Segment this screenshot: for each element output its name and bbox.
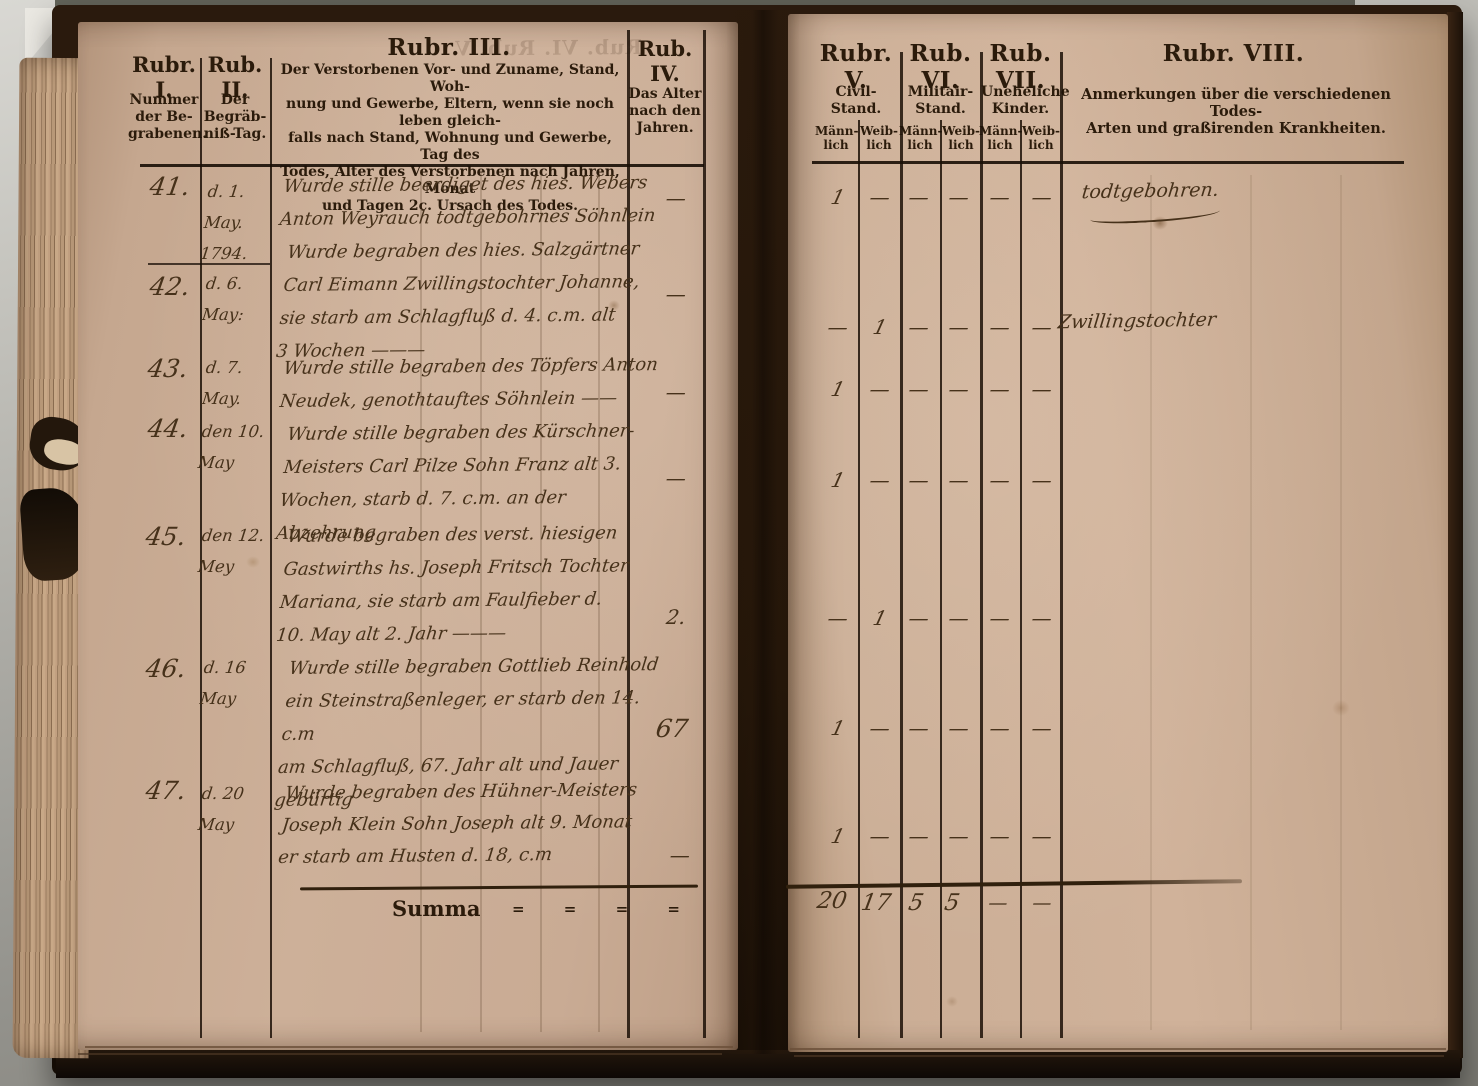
bleed-through-rule bbox=[1250, 175, 1252, 1030]
bleed-through-rule bbox=[1150, 175, 1152, 1030]
rubric-6-heading: Militair- Stand. bbox=[901, 84, 980, 118]
subheader-civil-male: Männ- lich bbox=[815, 124, 857, 152]
summa-label: Summa bbox=[392, 896, 480, 921]
rubric-8-title: Rubr. VIII. bbox=[1061, 40, 1406, 67]
rubric-4-heading: Das Alter nach den Jahren. bbox=[626, 86, 704, 137]
annotation: Zwillingstochter bbox=[1057, 309, 1217, 334]
entry-text: Wurde stille beerdiget des hies. Webers … bbox=[278, 166, 666, 236]
subheader-militair-female: Weib- lich bbox=[941, 124, 981, 152]
tally-cell: — bbox=[1017, 377, 1067, 401]
ink-stain bbox=[946, 996, 958, 1007]
column-rule bbox=[270, 58, 272, 1038]
rubric-3-title: Rubr. III. bbox=[272, 34, 626, 61]
entry-number: 42. bbox=[148, 272, 192, 301]
entry-text: Wurde begraben des Hühner-Meisters Josep… bbox=[276, 774, 667, 874]
total-militair-female: 5 bbox=[926, 890, 979, 916]
entry-date: den 12. Mey bbox=[196, 520, 266, 582]
page-bottom-edge bbox=[790, 1048, 1446, 1050]
tally-cell: — bbox=[1017, 468, 1067, 492]
tally-cell: — bbox=[1017, 824, 1067, 848]
entry-date: d. 6. May: bbox=[200, 268, 249, 330]
total-uneheliche-female: — bbox=[1016, 892, 1068, 914]
page-bottom-edge bbox=[85, 1046, 733, 1048]
entry-number: 41. bbox=[148, 172, 192, 201]
rubric-8-heading: Anmerkungen über die verschiedenen Todes… bbox=[1066, 86, 1406, 137]
entry-age: 2. bbox=[650, 605, 701, 629]
entry-number: 47. bbox=[144, 776, 188, 805]
tally-cell: — bbox=[1017, 606, 1067, 630]
header-underline bbox=[812, 161, 1404, 164]
subheader-uneheliche-female: Weib- lich bbox=[1021, 124, 1061, 152]
entry-age: — bbox=[650, 282, 701, 306]
book-gutter bbox=[726, 10, 800, 1054]
rubric-4-title: Rub. IV. bbox=[626, 36, 704, 86]
annotation: todtgebohren. bbox=[1081, 179, 1220, 203]
column-rule bbox=[703, 30, 706, 1038]
entry-number: 45. bbox=[144, 522, 188, 551]
entry-date: d. 7. May. bbox=[200, 352, 247, 414]
rubric-5-heading: Civil- Stand. bbox=[812, 84, 900, 118]
page-bottom-edge bbox=[794, 1055, 1444, 1057]
entry-age: — bbox=[650, 186, 701, 210]
page-bottom-edge bbox=[78, 1053, 722, 1055]
entry-number: 43. bbox=[146, 354, 190, 383]
entry-age: — bbox=[650, 380, 701, 404]
photo-of-open-register: Rub. VI. Rub. V. Rubr. I. Rub. II. Rubr.… bbox=[0, 0, 1478, 1086]
entry-number: 44. bbox=[146, 414, 190, 443]
rubric-2-heading: Der Begräb- niß-Tag. bbox=[201, 92, 269, 143]
tally-cell: — bbox=[1017, 185, 1067, 209]
entry-date: d. 16 May bbox=[198, 652, 248, 714]
entry-date: d. 20 May bbox=[196, 778, 246, 840]
book-cover-fore-edge bbox=[1447, 12, 1463, 1058]
subheader-militair-male: Männ- lich bbox=[899, 124, 941, 152]
entry-age: — bbox=[654, 843, 705, 867]
rubric-7-heading: Uneheliche Kinder. bbox=[981, 84, 1060, 118]
summa-dashes: = = = = bbox=[512, 900, 682, 918]
entry-age: 67 bbox=[646, 714, 698, 743]
entry-text: Wurde stille begraben des Töpfers Anton … bbox=[278, 348, 666, 418]
entry-age: — bbox=[650, 466, 701, 490]
entry-number: 46. bbox=[144, 654, 188, 683]
bleed-through-rule bbox=[1340, 175, 1342, 1030]
entry-text: Wurde begraben des hies. Salzgärtner Car… bbox=[274, 232, 669, 368]
rubric-1-heading: Nummer der Be- grabenen. bbox=[128, 92, 200, 143]
tally-cell: — bbox=[1017, 716, 1067, 740]
subheader-uneheliche-male: Männ- lich bbox=[979, 124, 1021, 152]
entry-date: den 10. May bbox=[196, 416, 266, 478]
subheader-civil-female: Weib- lich bbox=[859, 124, 899, 152]
entry-text: Wurde begraben des verst. hiesigen Gastw… bbox=[274, 516, 669, 652]
